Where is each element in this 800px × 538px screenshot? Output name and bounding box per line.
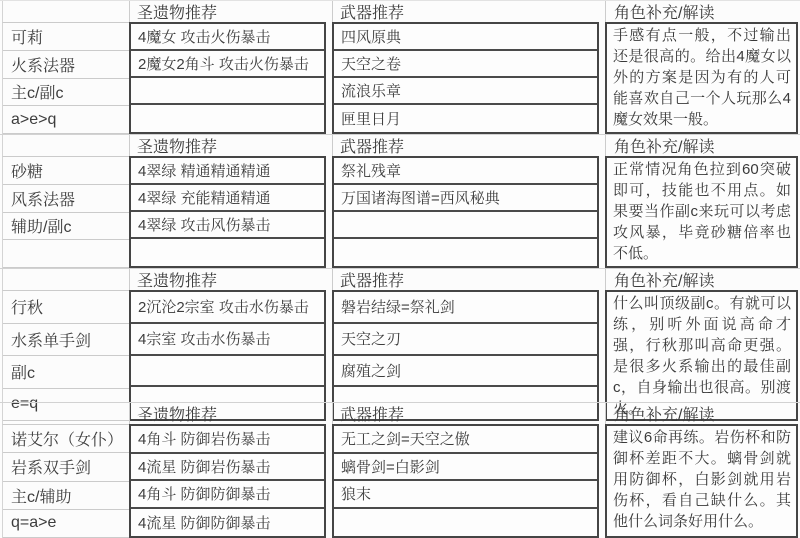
weapon-column-header: 武器推荐 bbox=[332, 269, 605, 290]
artifact-cell: 4流星 防御岩伤暴击 bbox=[131, 454, 324, 482]
artifact-cell: 4角斗 防御防御暴击 bbox=[131, 481, 324, 509]
weapon-cell: 磐岩结绿=祭礼剑 bbox=[334, 292, 597, 324]
block-header-row: 圣遗物推荐 武器推荐 角色补充/解读 bbox=[0, 402, 800, 424]
artifact-column-header: 圣遗物推荐 bbox=[129, 269, 332, 290]
weapon-cell: 无工之剑=天空之傲 bbox=[334, 426, 597, 454]
artifact-recommendation-box: 4翠绿 精通精通精通 4翠绿 充能精通精通 4翠绿 攻击风伤暴击 bbox=[129, 156, 326, 268]
character-info-column: 砂糖 风系法器 辅助/副c bbox=[2, 156, 129, 268]
block-header-row: 圣遗物推荐 武器推荐 角色补充/解读 bbox=[0, 134, 800, 156]
weapon-cell: 腐殖之剑 bbox=[334, 356, 597, 388]
notes-column-header: 角色补充/解读 bbox=[605, 135, 800, 156]
character-weapon-type: 火系法器 bbox=[3, 51, 129, 79]
notes-cell: 正常情况角色拉到60突破即可，技能也不用点。如果要当作副c来玩可以考虑攻风暴，毕… bbox=[605, 156, 798, 268]
artifact-cell: 4翠绿 充能精通精通 bbox=[131, 185, 324, 212]
character-name: 可莉 bbox=[3, 23, 129, 51]
weapon-cell: 万国诸海图谱=西风秘典 bbox=[334, 185, 597, 212]
notes-cell: 手感有点一般，不过输出还是很高的。给出4魔女以外的方案是因为有的人可能喜欢自己一… bbox=[605, 22, 798, 134]
character-role: 主c/副c bbox=[3, 79, 129, 107]
character-block-xingqiu: 圣遗物推荐 武器推荐 角色补充/解读 行秋 水系单手剑 副c e=q 2沉沦2宗… bbox=[0, 268, 800, 402]
character-block-klee: 圣遗物推荐 武器推荐 角色补充/解读 可莉 火系法器 主c/副c a>e>q 4… bbox=[0, 0, 800, 134]
corner-cell bbox=[2, 403, 129, 424]
weapon-cell: 祭礼残章 bbox=[334, 158, 597, 185]
block-body-row: 砂糖 风系法器 辅助/副c 4翠绿 精通精通精通 4翠绿 充能精通精通 4翠绿 … bbox=[0, 156, 800, 268]
weapon-column-header: 武器推荐 bbox=[332, 403, 605, 424]
weapon-cell bbox=[334, 212, 597, 239]
character-info-column: 可莉 火系法器 主c/副c a>e>q bbox=[2, 22, 129, 134]
artifact-cell: 4流星 防御防御暴击 bbox=[131, 509, 324, 537]
corner-cell bbox=[2, 135, 129, 156]
artifact-cell: 2魔女2角斗 攻击火伤暴击 bbox=[131, 51, 324, 78]
character-weapon-type: 岩系双手剑 bbox=[3, 453, 129, 481]
weapon-column-header: 武器推荐 bbox=[332, 135, 605, 156]
character-weapon-type: 风系法器 bbox=[3, 185, 129, 213]
artifact-column-header: 圣遗物推荐 bbox=[129, 1, 332, 22]
artifact-cell: 4翠绿 攻击风伤暴击 bbox=[131, 212, 324, 239]
artifact-cell bbox=[131, 78, 324, 105]
artifact-column-header: 圣遗物推荐 bbox=[129, 135, 332, 156]
character-block-noelle: 圣遗物推荐 武器推荐 角色补充/解读 诺艾尔（女仆） 岩系双手剑 主c/辅助 q… bbox=[0, 402, 800, 538]
artifact-cell: 4角斗 防御岩伤暴击 bbox=[131, 426, 324, 454]
notes-column-header: 角色补充/解读 bbox=[605, 403, 800, 424]
character-rotation: q=a>e bbox=[3, 510, 129, 538]
artifact-cell bbox=[131, 239, 324, 266]
block-body-row: 诺艾尔（女仆） 岩系双手剑 主c/辅助 q=a>e 4角斗 防御岩伤暴击 4流星… bbox=[0, 424, 800, 538]
artifact-cell: 2沉沦2宗室 攻击水伤暴击 bbox=[131, 292, 324, 324]
character-rotation: a>e>q bbox=[3, 106, 129, 134]
artifact-recommendation-box: 4魔女 攻击火伤暴击 2魔女2角斗 攻击火伤暴击 bbox=[129, 22, 326, 134]
character-weapon-type: 水系单手剑 bbox=[3, 324, 129, 357]
character-info-column: 诺艾尔（女仆） 岩系双手剑 主c/辅助 q=a>e bbox=[2, 424, 129, 538]
corner-cell bbox=[2, 269, 129, 290]
character-role: 主c/辅助 bbox=[3, 482, 129, 510]
artifact-cell bbox=[131, 105, 324, 132]
weapon-cell: 匣里日月 bbox=[334, 105, 597, 132]
character-role: 辅助/副c bbox=[3, 213, 129, 241]
weapon-cell bbox=[334, 239, 597, 266]
notes-column-header: 角色补充/解读 bbox=[605, 1, 800, 22]
corner-cell bbox=[2, 1, 129, 22]
character-name: 砂糖 bbox=[3, 157, 129, 185]
block-header-row: 圣遗物推荐 武器推荐 角色补充/解读 bbox=[0, 268, 800, 290]
artifact-recommendation-box: 4角斗 防御岩伤暴击 4流星 防御岩伤暴击 4角斗 防御防御暴击 4流星 防御防… bbox=[129, 424, 326, 538]
artifact-cell bbox=[131, 356, 324, 388]
weapon-cell: 四风原典 bbox=[334, 24, 597, 51]
character-block-sucrose: 圣遗物推荐 武器推荐 角色补充/解读 砂糖 风系法器 辅助/副c 4翠绿 精通精… bbox=[0, 134, 800, 268]
weapon-recommendation-box: 无工之剑=天空之傲 螭骨剑=白影剑 狼末 bbox=[332, 424, 599, 538]
character-name: 诺艾尔（女仆） bbox=[3, 425, 129, 453]
character-role: 副c bbox=[3, 356, 129, 389]
artifact-cell: 4翠绿 精通精通精通 bbox=[131, 158, 324, 185]
notes-cell: 建议6命再练。岩伤杯和防御杯差距不大。螭骨剑就用防御杯，白影剑就用岩伤杯，看自己… bbox=[605, 424, 798, 538]
weapon-cell: 天空之刃 bbox=[334, 324, 597, 356]
character-name: 行秋 bbox=[3, 291, 129, 324]
weapon-cell bbox=[334, 509, 597, 537]
block-body-row: 可莉 火系法器 主c/副c a>e>q 4魔女 攻击火伤暴击 2魔女2角斗 攻击… bbox=[0, 22, 800, 134]
weapon-recommendation-box: 四风原典 天空之卷 流浪乐章 匣里日月 bbox=[332, 22, 599, 134]
artifact-cell: 4魔女 攻击火伤暴击 bbox=[131, 24, 324, 51]
weapon-cell: 狼末 bbox=[334, 481, 597, 509]
character-build-table: 圣遗物推荐 武器推荐 角色补充/解读 可莉 火系法器 主c/副c a>e>q 4… bbox=[0, 0, 800, 538]
weapon-cell: 天空之卷 bbox=[334, 51, 597, 78]
weapon-recommendation-box: 祭礼残章 万国诸海图谱=西风秘典 bbox=[332, 156, 599, 268]
weapon-cell: 流浪乐章 bbox=[334, 78, 597, 105]
weapon-cell: 螭骨剑=白影剑 bbox=[334, 454, 597, 482]
character-rotation bbox=[3, 240, 129, 268]
weapon-column-header: 武器推荐 bbox=[332, 1, 605, 22]
block-header-row: 圣遗物推荐 武器推荐 角色补充/解读 bbox=[0, 0, 800, 22]
notes-column-header: 角色补充/解读 bbox=[605, 269, 800, 290]
artifact-column-header: 圣遗物推荐 bbox=[129, 403, 332, 424]
artifact-cell: 4宗室 攻击水伤暴击 bbox=[131, 324, 324, 356]
